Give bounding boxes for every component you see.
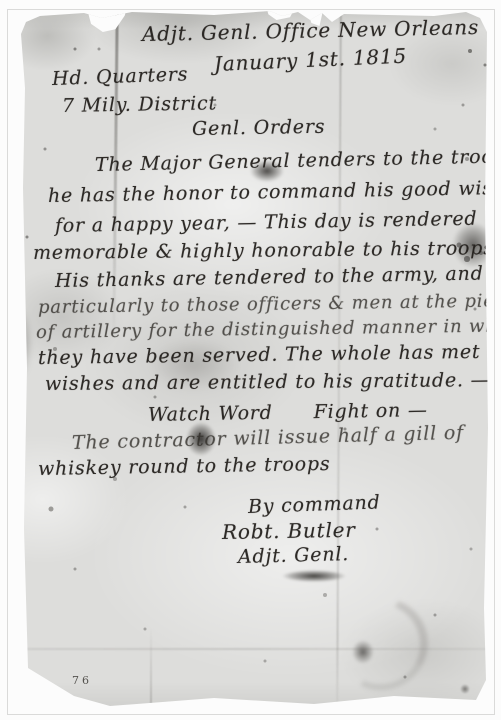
fold-crease-horizontal xyxy=(14,648,490,650)
handwritten-line-date: January 1st. 1815 xyxy=(213,44,407,76)
handwritten-line-body: wishes and are entitled to his gratitude… xyxy=(45,369,491,395)
handwritten-line-body: particularly to those officers & men at … xyxy=(38,290,501,318)
handwritten-signature-title: Adjt. Genl. xyxy=(238,543,350,568)
handwritten-line-orders-heading: Genl. Orders xyxy=(192,116,326,140)
handwritten-line-district: 7 Mily. District xyxy=(62,92,217,117)
handwritten-signature: Robt. Butler xyxy=(222,518,356,544)
handwritten-line-body: memorable & highly honorable to his troo… xyxy=(33,237,501,264)
fold-crease-bottom xyxy=(150,628,152,708)
handwritten-line-office: Adjt. Genl. Office New Orleans xyxy=(142,15,480,46)
handwritten-line-body: The Major General tenders to the troops xyxy=(95,145,501,176)
scan-image: Adjt. Genl. Office New Orleans January 1… xyxy=(0,0,501,720)
handwritten-line-body: for a happy year, — This day is rendered xyxy=(55,208,478,237)
paper-specks xyxy=(14,8,16,10)
paper-tear xyxy=(86,5,128,32)
page-number-stamp: 76 xyxy=(72,674,92,687)
handwritten-line-body: whiskey round to the troops xyxy=(38,453,331,480)
edge-stain xyxy=(10,298,36,388)
signature-flourish xyxy=(282,570,346,582)
water-stain xyxy=(321,585,441,704)
ink-stain xyxy=(352,640,374,664)
document-paper: Adjt. Genl. Office New Orleans January 1… xyxy=(14,8,490,710)
handwritten-line-body: His thanks are tendered to the army, and xyxy=(55,263,484,292)
handwritten-line-body: he has the honor to command his good wis… xyxy=(48,177,501,207)
handwritten-line-headquarters: Hd. Quarters xyxy=(52,63,189,90)
handwritten-line-body: of artillery for the distinguished manne… xyxy=(36,315,501,343)
handwritten-line-by-command: By command xyxy=(248,491,381,518)
handwritten-line-body: they have been served. The whole has met… xyxy=(38,340,501,369)
handwritten-line-body: The contractor will issue half a gill of xyxy=(72,422,464,454)
ink-speck xyxy=(460,684,470,694)
handwritten-line-watchword: Watch Word Fight on — xyxy=(148,399,428,426)
